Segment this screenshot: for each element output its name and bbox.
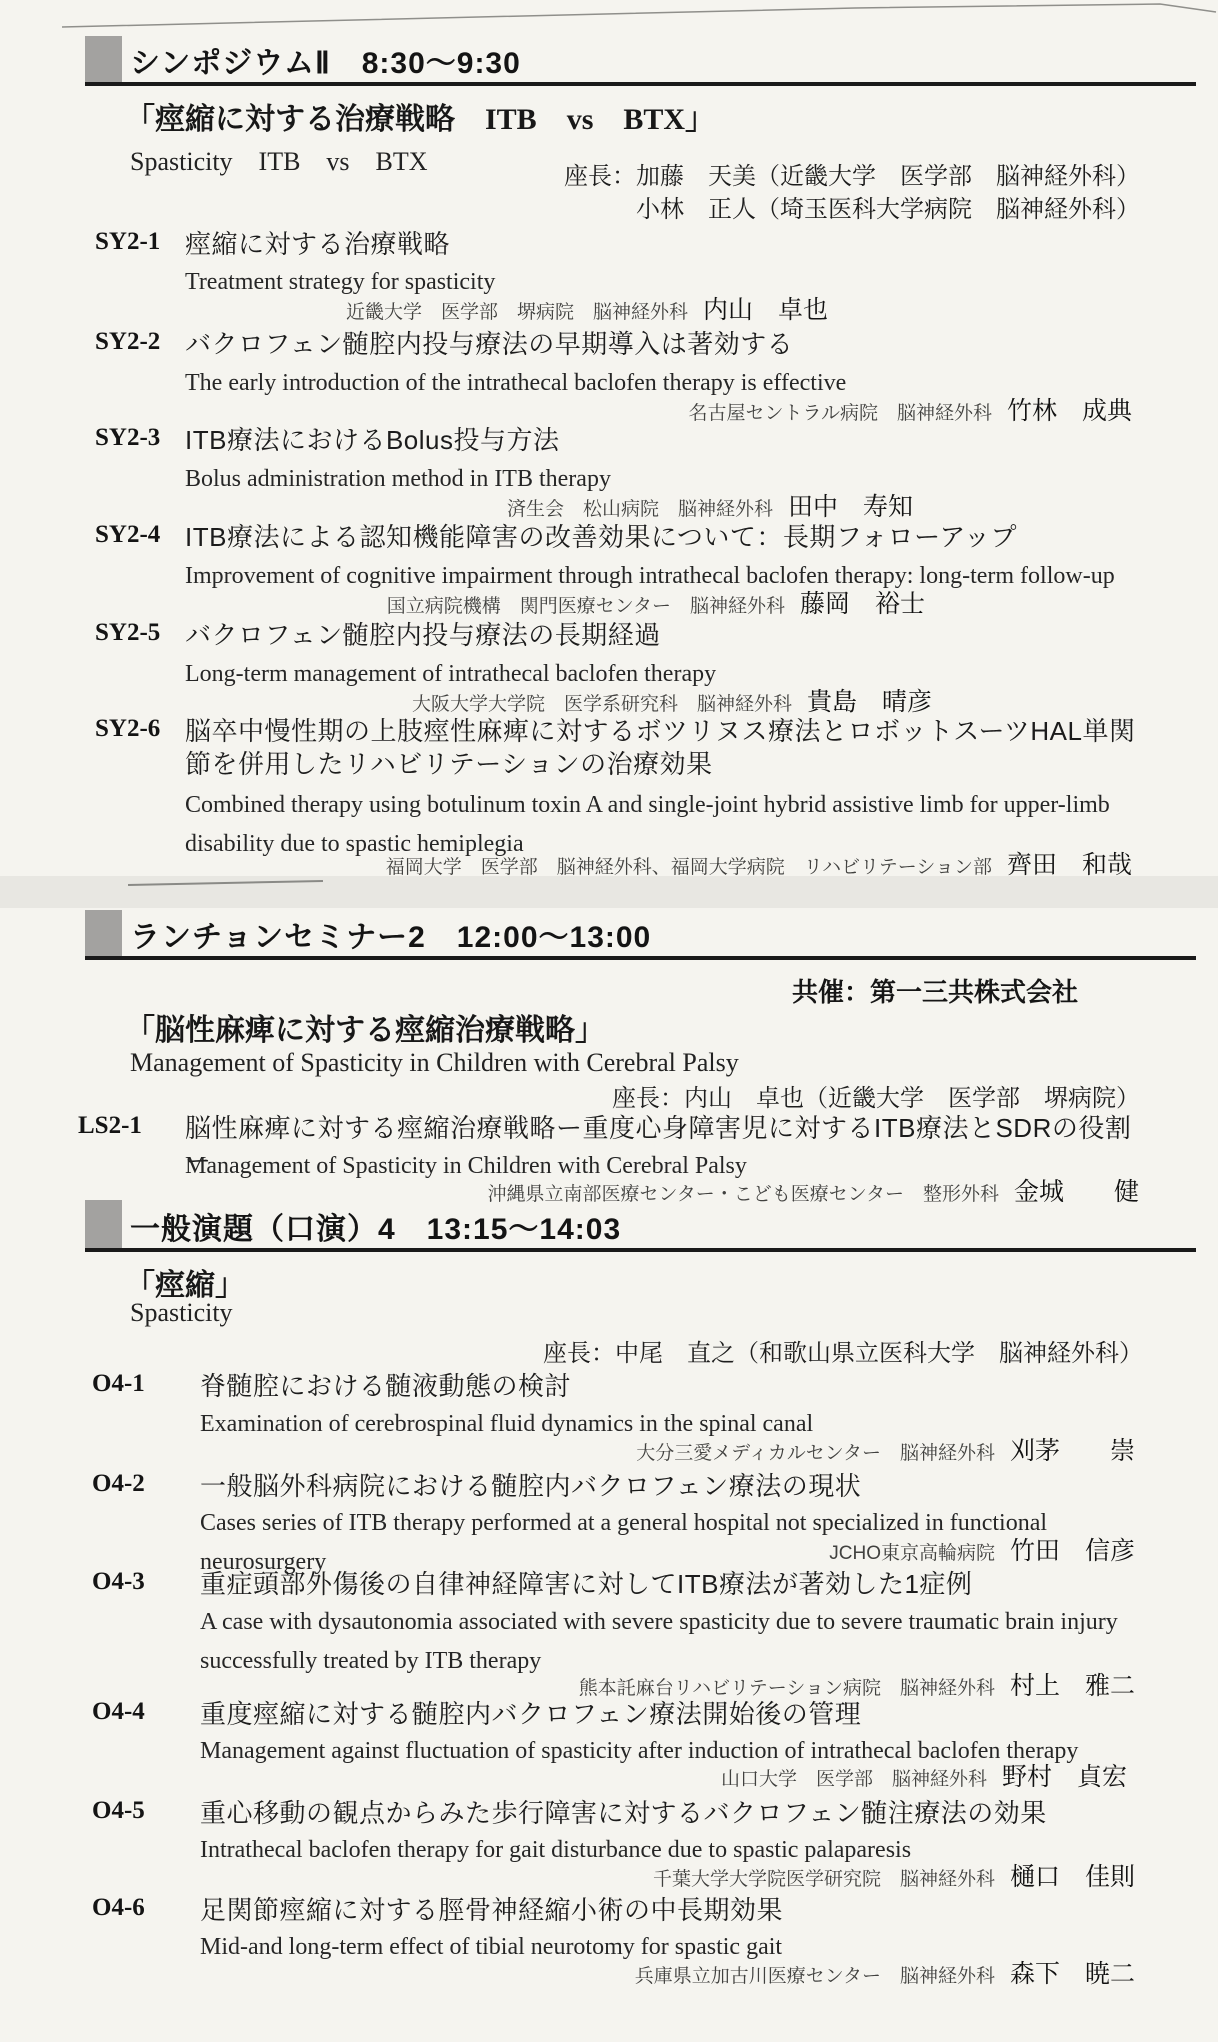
- presenter-name: 田中 寿知: [788, 487, 913, 523]
- item-affiliation-line: 千葉大学大学院医学研究院 脳神経外科 樋口 佳則: [653, 1857, 1135, 1893]
- item-code: O4-5: [92, 1797, 145, 1825]
- session-title-jp: 「痙縮に対する治療戦略 ITB vs BTX」: [125, 94, 715, 138]
- affiliation-org: 熊本託麻台リハビリテーション病院 脳神経外科: [579, 1673, 995, 1700]
- item-code: O4-3: [92, 1568, 145, 1596]
- item-code: SY2-1: [95, 228, 160, 256]
- section-marker-square: [85, 36, 122, 82]
- presenter-name: 森下 暁二: [1010, 1954, 1135, 1990]
- item-affiliation-line: 大阪大学大学院 医学系研究科 脳神経外科 貴島 晴彦: [412, 682, 932, 718]
- affiliation-org: 福岡大学 医学部 脳神経外科、福岡大学病院 リハビリテーション部: [386, 852, 992, 879]
- section-header-title: 一般演題（口演）4 13:15〜14:03: [130, 1204, 621, 1248]
- item-title-jp: 痙縮に対する治療戦略: [185, 228, 1150, 261]
- affiliation-org: 大阪大学大学院 医学系研究科 脳神経外科: [412, 689, 792, 716]
- item-code: SY2-2: [95, 328, 160, 356]
- item-affiliation-line: 沖縄県立南部医療センター・こども医療センター 整形外科 金城 健: [488, 1172, 1140, 1208]
- item-title-jp: 脊髄腔における髄液動態の検討: [200, 1370, 1165, 1403]
- affiliation-org: 近畿大学 医学部 堺病院 脳神経外科: [346, 297, 688, 324]
- item-affiliation-line: 国立病院機構 関門医療センター 脳神経外科 藤岡 裕士: [387, 584, 925, 620]
- item-title-jp: ITB療法におけるBolus投与方法: [185, 424, 1150, 457]
- section-header-title: ランチョンセミナー2 12:00〜13:00: [130, 912, 651, 956]
- section-header-title: シンポジウムⅡ 8:30〜9:30: [130, 38, 521, 82]
- affiliation-org: 名古屋セントラル病院 脳神経外科: [689, 398, 992, 425]
- chair-line: 座長：加藤 天美（近畿大学 医学部 脳神経外科）: [564, 156, 1140, 191]
- item-affiliation-line: 熊本託麻台リハビリテーション病院 脳神経外科 村上 雅二: [579, 1666, 1135, 1702]
- item-code: O4-4: [92, 1698, 145, 1726]
- item-code: SY2-4: [95, 521, 160, 549]
- item-affiliation-line: 山口大学 医学部 脳神経外科 野村 貞宏: [721, 1757, 1127, 1793]
- item-title-jp: 重度痙縮に対する髄腔内バクロフェン療法開始後の管理: [200, 1698, 1165, 1731]
- presenter-name: 野村 貞宏: [1002, 1757, 1127, 1793]
- item-title-jp: 重心移動の観点からみた歩行障害に対するバクロフェン髄注療法の効果: [200, 1797, 1165, 1830]
- affiliation-org: 千葉大学大学院医学研究院 脳神経外科: [653, 1864, 995, 1891]
- section-header-rule: [85, 82, 1196, 86]
- item-title-jp: 足関節痙縮に対する脛骨神経縮小術の中長期効果: [200, 1894, 1165, 1927]
- presenter-name: 内山 卓也: [703, 290, 828, 326]
- section-marker-square: [85, 1200, 122, 1248]
- item-title-jp: ITB療法による認知機能障害の改善効果について：長期フォローアップ: [185, 521, 1150, 554]
- presenter-name: 竹田 信彦: [1010, 1531, 1135, 1567]
- presenter-name: 竹林 成典: [1007, 391, 1132, 427]
- item-affiliation-line: 名古屋セントラル病院 脳神経外科 竹林 成典: [689, 391, 1132, 427]
- affiliation-org: 沖縄県立南部医療センター・こども医療センター 整形外科: [488, 1179, 999, 1206]
- presenter-name: 村上 雅二: [1010, 1666, 1135, 1702]
- section-header-rule: [85, 956, 1196, 960]
- affiliation-org: 国立病院機構 関門医療センター 脳神経外科: [387, 591, 785, 618]
- session-title-en: Spasticity ITB vs BTX: [130, 141, 428, 178]
- item-title-jp: 重症頭部外傷後の自律神経障害に対してITB療法が著効した1症例: [200, 1568, 1165, 1601]
- presenter-name: 齊田 和哉: [1007, 845, 1132, 881]
- item-title-jp: バクロフェン髄腔内投与療法の長期経過: [185, 619, 1150, 652]
- item-title-jp: 一般脳外科病院における髄腔内バクロフェン療法の現状: [200, 1470, 1165, 1503]
- item-affiliation-line: 済生会 松山病院 脳神経外科 田中 寿知: [507, 487, 913, 523]
- affiliation-org: JCHO東京高輪病院: [829, 1538, 995, 1565]
- presenter-name: 樋口 佳則: [1010, 1857, 1135, 1893]
- item-code: SY2-6: [95, 715, 160, 743]
- section-header-rule: [85, 1248, 1196, 1252]
- item-code: O4-1: [92, 1370, 145, 1398]
- session-title-jp: 「脳性麻痺に対する痙縮治療戦略」: [125, 1005, 605, 1049]
- item-affiliation-line: 福岡大学 医学部 脳神経外科、福岡大学病院 リハビリテーション部 齊田 和哉: [386, 845, 1132, 881]
- session-title-en: Spasticity: [130, 1298, 233, 1328]
- item-affiliation-line: 近畿大学 医学部 堺病院 脳神経外科 内山 卓也: [346, 290, 828, 326]
- presenter-name: 刈茅 崇: [1010, 1431, 1135, 1467]
- chair-line: 座長：中尾 直之（和歌山県立医科大学 脳神経外科）: [543, 1333, 1143, 1368]
- affiliation-org: 兵庫県立加古川医療センター 脳神経外科: [635, 1961, 995, 1988]
- item-code: O4-6: [92, 1894, 145, 1922]
- item-code: SY2-5: [95, 619, 160, 647]
- item-code: SY2-3: [95, 424, 160, 452]
- cosponsor-line: 共催：第一三共株式会社: [792, 972, 1078, 1009]
- presenter-name: 貴島 晴彦: [807, 682, 932, 718]
- section-marker-square: [85, 910, 122, 956]
- session-title-en: Management of Spasticity in Children wit…: [130, 1048, 739, 1078]
- conference-program-page: シンポジウムⅡ 8:30〜9:30 「痙縮に対する治療戦略 ITB vs BTX…: [0, 0, 1218, 2042]
- presenter-name: 金城 健: [1014, 1172, 1139, 1208]
- item-affiliation-line: 大分三愛メディカルセンター 脳神経外科 刈茅 崇: [636, 1431, 1135, 1467]
- item-title-jp: バクロフェン髄腔内投与療法の早期導入は著効する: [185, 328, 1150, 361]
- item-affiliation-line: 兵庫県立加古川医療センター 脳神経外科 森下 暁二: [635, 1954, 1135, 1990]
- item-code: O4-2: [92, 1470, 145, 1498]
- scan-page-edge-line: [0, 0, 1218, 36]
- presenter-name: 藤岡 裕士: [800, 584, 925, 620]
- affiliation-org: 大分三愛メディカルセンター 脳神経外科: [636, 1438, 995, 1465]
- item-title-jp: 脳卒中慢性期の上肢痙性麻痺に対するボツリヌス療法とロボットスーツHAL単関節を併…: [185, 715, 1150, 782]
- item-affiliation-line: JCHO東京高輪病院 竹田 信彦: [829, 1531, 1135, 1567]
- affiliation-org: 済生会 松山病院 脳神経外科: [507, 494, 773, 521]
- chair-line: 座長：内山 卓也（近畿大学 医学部 堺病院）: [612, 1078, 1140, 1113]
- chair-line: 小林 正人（埼玉医科大学病院 脳神経外科）: [636, 189, 1140, 224]
- item-code: LS2-1: [78, 1112, 142, 1140]
- affiliation-org: 山口大学 医学部 脳神経外科: [721, 1764, 987, 1791]
